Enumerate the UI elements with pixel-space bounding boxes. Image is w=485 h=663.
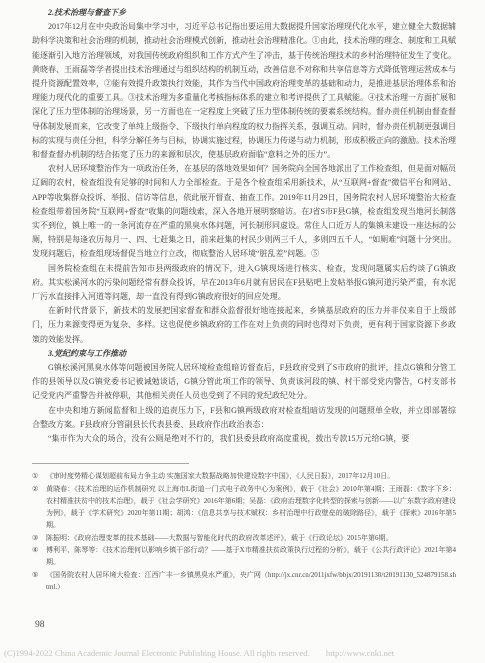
footnote-text: 《审时度势精心谋划超前布局力争主动 实施国家大数据战略加快建设数字中国》，《人民… [46, 470, 456, 482]
body-paragraph: G镇松溪河黑臭水体等问题被国务院人居环境检查组暗访督查后，F县政府受到了S市政府… [32, 361, 456, 404]
footnote-text: 陈振明：《政府治理变革的技术基础——大数据与智能化时代的政府改革述评》，载于《行… [46, 532, 456, 544]
body-paragraph: 在中央和地方新闻监督和上级的追责压力下，F县和G镇两级政府对检查组暗访发现的问题… [32, 404, 456, 432]
copyright-text: (C)1994-2022 China Academic Journal Elec… [4, 648, 310, 658]
footnote-text: 黄晓春：《技术治理的运作机制研究 以上海市L街道一门式电子政务中心为案例》，载于… [46, 483, 456, 532]
copyright-url: http://www.cnki.net [326, 648, 394, 658]
body-paragraph: 在新时代背景下，新技术的发展把国家督查和群众监督很好地连接起来，乡镇基层政府的压… [32, 304, 456, 347]
quote-paragraph: “集市作为大众的场合，没有公厕是绝对不行的，我们县委县政府高度重视，拨出专款15… [32, 432, 456, 446]
footnote-marker: ③ [32, 532, 46, 544]
footnote-marker: ⑤ [32, 569, 46, 594]
footnote: ③ 陈振明：《政府治理变革的技术基础——大数据与智能化时代的政府改革述评》，载于… [32, 532, 456, 544]
footnote: ④ 傅利平、陈琴等：《技术治理何以影响乡镇干部行动？——基于X市精准扶贫政策执行… [32, 544, 456, 569]
footnote-marker: ① [32, 470, 46, 482]
copyright-bar: (C)1994-2022 China Academic Journal Elec… [4, 648, 474, 658]
footnote-marker: ④ [32, 544, 46, 569]
page-number: 98 [35, 620, 45, 630]
footnote: ① 《审时度势精心谋划超前布局力争主动 实施国家大数据战略加快建设数字中国》，《… [32, 470, 456, 482]
article-body: 2.技术治理与督查下乡 2017年12月在中央政治局集中学习中，习近平总书记指出… [32, 6, 456, 446]
footnote: ⑤ 《国务院农村人居环境大检查：江西广丰一乡镇黑臭水严重》，央广网（http:/… [32, 569, 456, 594]
section-2-heading: 2.技术治理与督查下乡 [32, 6, 456, 20]
footnote-divider [32, 463, 189, 464]
footnote-text: 《国务院农村人居环境大检查：江西广丰一乡镇黑臭水严重》，央广网（http://j… [46, 569, 456, 594]
footnote-text: 傅利平、陈琴等：《技术治理何以影响乡镇干部行动？——基于X市精准扶贫政策执行过程… [46, 544, 456, 569]
body-paragraph: 农村人居环境整治作为一项政治任务，在基层的落地效果如何？国务院向全国各地派出了工… [32, 162, 456, 261]
footnote-marker: ② [32, 483, 46, 532]
journal-page: 2.技术治理与督查下乡 2017年12月在中央政治局集中学习中，习近平总书记指出… [0, 0, 485, 663]
body-paragraph: 国务院检查组在未提前告知市县两级政府的情况下，进入G镇现场进行核实、检查，发现问… [32, 262, 456, 305]
body-paragraph: 2017年12月在中央政治局集中学习中，习近平总书记指出要运用大数据提升国家治理… [32, 20, 456, 162]
section-3-heading: 3.党纪约束与工作推动 [32, 347, 456, 361]
footnote: ② 黄晓春：《技术治理的运作机制研究 以上海市L街道一门式电子政务中心为案例》，… [32, 483, 456, 532]
footnotes-section: ① 《审时度势精心谋划超前布局力争主动 实施国家大数据战略加快建设数字中国》，《… [32, 470, 456, 593]
